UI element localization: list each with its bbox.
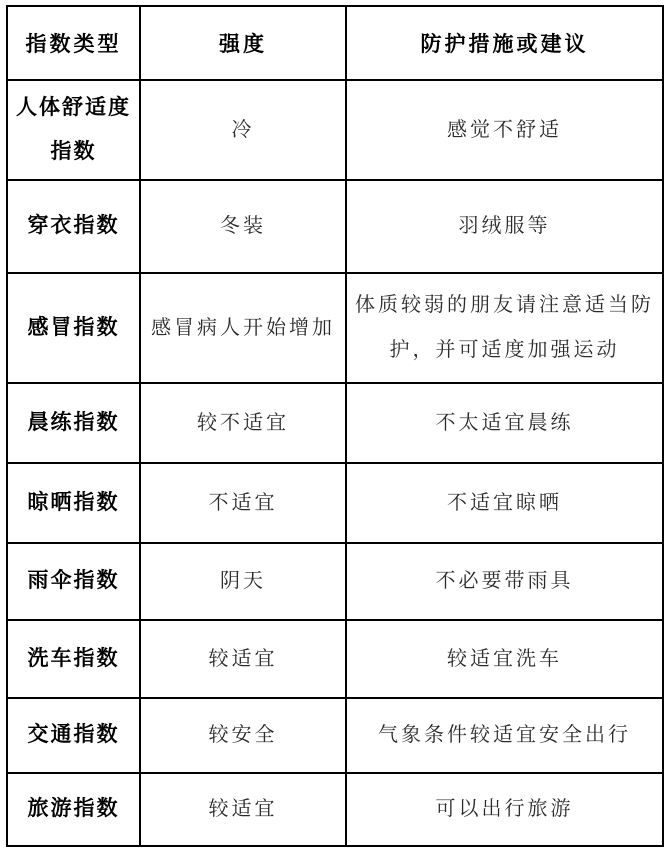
strength-cell: 冬装 [140,180,346,273]
table-row: 人体舒适度指数 冷 感觉不舒适 [7,80,663,180]
table-row: 感冒指数 感冒病人开始增加 体质较弱的朋友请注意适当防护，并可适度加强运动 [7,273,663,383]
page: 指数类型 强度 防护措施或建议 人体舒适度指数 冷 感觉不舒适 穿衣指数 冬装 … [0,5,666,854]
strength-cell: 阴天 [140,543,346,620]
strength-cell: 感冒病人开始增加 [140,273,346,383]
strength-cell: 较适宜 [140,773,346,846]
advice-cell: 较适宜洗车 [346,620,663,698]
header-advice: 防护措施或建议 [346,6,663,80]
table-row: 雨伞指数 阴天 不必要带雨具 [7,543,663,620]
table-row: 旅游指数 较适宜 可以出行旅游 [7,773,663,846]
advice-cell: 不太适宜晨练 [346,383,663,463]
index-type-cell: 感冒指数 [7,273,140,383]
index-type-cell: 人体舒适度指数 [7,80,140,180]
table-row: 晨练指数 较不适宜 不太适宜晨练 [7,383,663,463]
advice-cell: 羽绒服等 [346,180,663,273]
header-index-type: 指数类型 [7,6,140,80]
advice-cell: 体质较弱的朋友请注意适当防护，并可适度加强运动 [346,273,663,383]
strength-cell: 较适宜 [140,620,346,698]
table-row: 晾晒指数 不适宜 不适宜晾晒 [7,463,663,543]
advice-cell: 不适宜晾晒 [346,463,663,543]
index-type-cell: 交通指数 [7,698,140,773]
strength-cell: 不适宜 [140,463,346,543]
advice-cell: 气象条件较适宜安全出行 [346,698,663,773]
advice-cell: 感觉不舒适 [346,80,663,180]
strength-cell: 冷 [140,80,346,180]
strength-cell: 较安全 [140,698,346,773]
index-type-cell: 穿衣指数 [7,180,140,273]
index-type-cell: 旅游指数 [7,773,140,846]
advice-cell: 可以出行旅游 [346,773,663,846]
table-row: 穿衣指数 冬装 羽绒服等 [7,180,663,273]
strength-cell: 较不适宜 [140,383,346,463]
header-row: 指数类型 强度 防护措施或建议 [7,6,663,80]
header-strength: 强度 [140,6,346,80]
weather-index-table: 指数类型 强度 防护措施或建议 人体舒适度指数 冷 感觉不舒适 穿衣指数 冬装 … [6,5,664,847]
index-type-cell: 晾晒指数 [7,463,140,543]
index-type-cell: 雨伞指数 [7,543,140,620]
table-row: 交通指数 较安全 气象条件较适宜安全出行 [7,698,663,773]
advice-cell: 不必要带雨具 [346,543,663,620]
index-type-cell: 洗车指数 [7,620,140,698]
table-row: 洗车指数 较适宜 较适宜洗车 [7,620,663,698]
index-type-cell: 晨练指数 [7,383,140,463]
